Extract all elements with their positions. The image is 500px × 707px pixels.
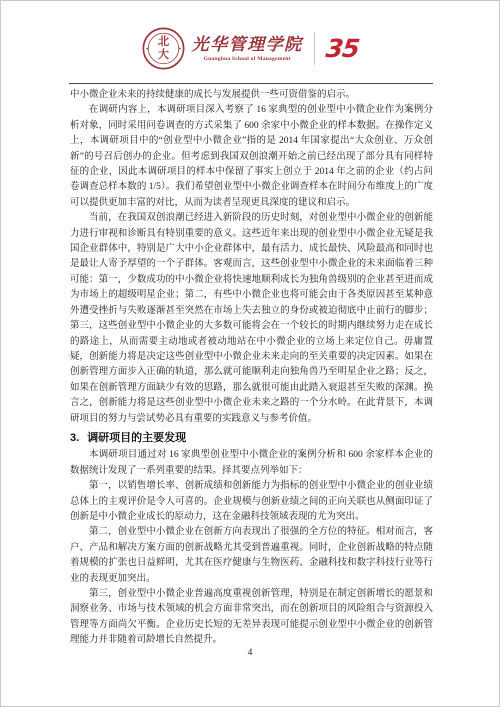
school-name-english: Guanghua School of Management bbox=[204, 56, 291, 63]
paragraph: 当前，在我国双创浪潮已经进入新阶段的历史时刻，对创业型中小微企业的创新能力进行审… bbox=[70, 211, 433, 427]
header-rule bbox=[69, 83, 433, 84]
anniversary-35-badge: 35 bbox=[324, 36, 360, 61]
section-heading: 3.调研项目的主要发现 bbox=[70, 431, 433, 446]
paragraph: 本调研项目通过对 16 家典型创业型中小微企业的案例分析和 600 余家样本企业… bbox=[70, 448, 433, 479]
document-body: 中小微企业未来的持续健康的成长与发展提供一些可资借鉴的启示。在调研内容上，本调研… bbox=[70, 88, 433, 649]
guanghua-logo: 北 大 光华管理学院 Guanghua School of Management… bbox=[142, 27, 359, 70]
paragraph: 第二，创业型中小微企业在创新方向表现出了很强的全方位的特征。相对而言，客户、产品… bbox=[70, 525, 433, 587]
paragraph: 在调研内容上，本调研项目深入考察了 16 家典型的创业型中小微企业作为案例分析对… bbox=[70, 103, 433, 211]
school-name-block: 光华管理学院 Guanghua School of Management bbox=[192, 35, 303, 63]
page-number: 4 bbox=[248, 648, 253, 658]
school-name-chinese: 光华管理学院 bbox=[192, 35, 303, 55]
paragraph: 第三，创业型中小微企业普遍高度重视创新管理，特别是在制定创新增长的愿景和洞察业务… bbox=[70, 587, 433, 649]
peking-university-seal-icon: 北 大 bbox=[142, 27, 185, 70]
document-page: 北 大 光华管理学院 Guanghua School of Management… bbox=[0, 0, 500, 707]
paragraph: 第一，以销售增长率、创新成绩和创新能力为指标的创业型中小微企业的创业业绩总体上的… bbox=[70, 479, 433, 525]
page-footer: 4 bbox=[1, 648, 499, 658]
seal-center-glyph-bottom: 大 bbox=[157, 47, 169, 61]
logo-divider bbox=[314, 32, 315, 65]
page-header: 北 大 光华管理学院 Guanghua School of Management… bbox=[1, 27, 499, 70]
section-title: 调研项目的主要发现 bbox=[87, 432, 186, 444]
section-number: 3. bbox=[70, 432, 79, 444]
paragraph: 中小微企业未来的持续健康的成长与发展提供一些可资借鉴的启示。 bbox=[70, 88, 433, 103]
